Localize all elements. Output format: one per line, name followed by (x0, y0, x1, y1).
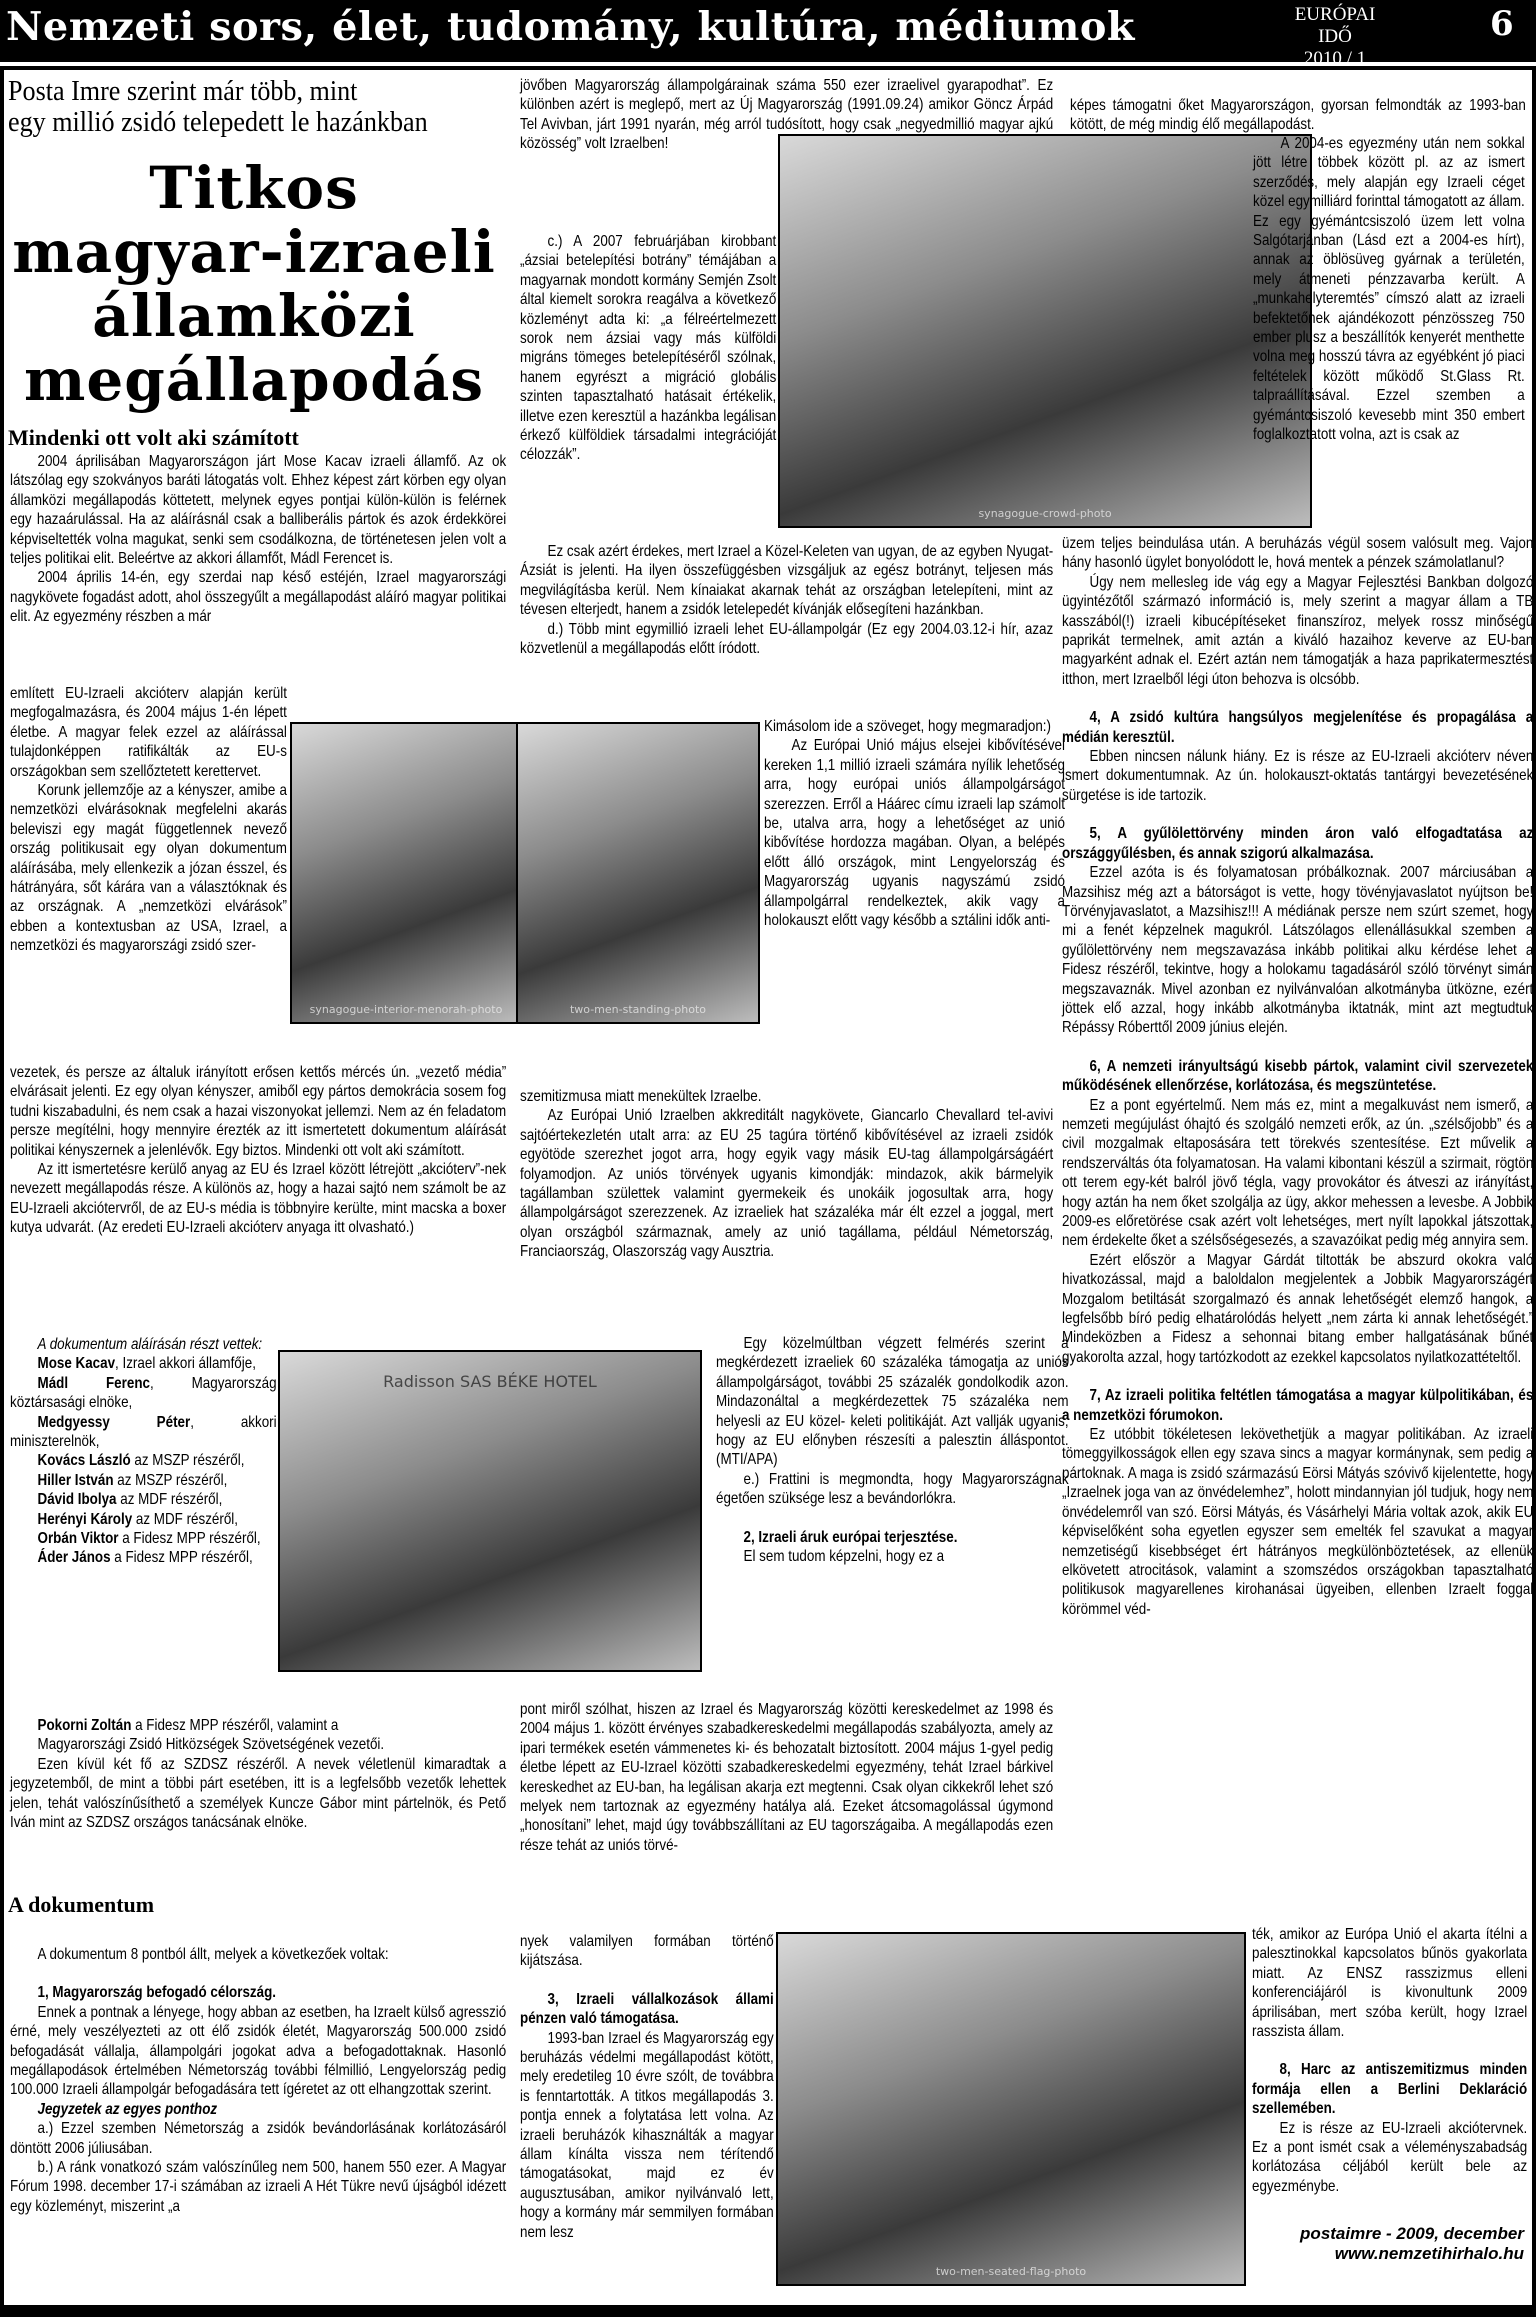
paragraph: d.) Több mint egymillió izraeli lehet EU… (520, 620, 1053, 659)
paragraph: pont miről szólhat, hiszen az Izrael és … (520, 1700, 1053, 1855)
paragraph: üzem teljes beindulása után. A beruházás… (1062, 534, 1533, 573)
col3-wide-b: üzem teljes beindulása után. A beruházás… (1062, 534, 1533, 1619)
photo-sign-text: Radisson SAS BÉKE HOTEL (280, 1372, 700, 1391)
website-link[interactable]: www.nemzetihirhalo.hu (1300, 2244, 1524, 2264)
paragraph: c.) A 2007 februárjában kirobbant „ázsia… (520, 232, 776, 465)
col2-narrow-d: nyek valamilyen formában történő kijátsz… (520, 1932, 774, 2242)
signers-tail: Magyarországi Zsidó Hitközségek Szövetsé… (10, 1735, 506, 1754)
paragraph: Kimásolom ide a szöveget, hogy megmaradj… (764, 717, 1065, 736)
kicker-line: egy millió zsidó telepedett le hazánkban (8, 107, 428, 138)
paragraph: Az Európai Unió Izraelben akkreditált na… (520, 1106, 1053, 1261)
signer-role: , Izrael akkori államfője, (115, 1355, 256, 1372)
signer-role: az MSZP részéről, (131, 1452, 245, 1469)
col2-narrow-b: Kimásolom ide a szöveget, hogy megmaradj… (764, 717, 1065, 930)
paragraph: Ebben nincsen nálunk hiány. Ez is része … (1062, 747, 1533, 805)
point-title: 1, Magyarország befogadó célország. (10, 1983, 506, 2002)
point-title: 7, Az izraeli politika feltétlen támogat… (1062, 1386, 1533, 1425)
signers-intro: A dokumentum aláírásán részt vettek: (10, 1335, 277, 1354)
point-title: 6, A nemzeti irányultságú kisebb pártok,… (1062, 1057, 1533, 1096)
paragraph: El sem tudom képzelni, hogy ez a (716, 1547, 1069, 1566)
point-title: 2, Izraeli áruk európai terjesztése. (716, 1528, 1069, 1547)
publication-name: EURÓPAI IDŐ (1280, 4, 1390, 48)
photo-alt: two-men-seated-flag-photo (778, 2265, 1244, 2278)
paragraph: Ez a pont egyértelmű. Nem más ez, mint a… (1062, 1096, 1533, 1251)
paragraph: Az Európai Unió május elsejei kibővítésé… (764, 736, 1065, 930)
photo-alt: synagogue-interior-menorah-photo (292, 1003, 520, 1016)
col1-intro: 2004 áprilisában Magyarországon járt Mos… (10, 452, 506, 627)
paragraph: Úgy nem mellesleg ide vág egy a Magyar F… (1062, 573, 1533, 689)
col1-narrow-a: említett EU-Izraeli akcióterv alapján ke… (10, 684, 287, 956)
photo-alt: synagogue-crowd-photo (780, 507, 1310, 520)
paragraph: nyek valamilyen formában történő kijátsz… (520, 1932, 774, 1971)
signer-role: az MSZP részéről, (114, 1472, 228, 1489)
paragraph: képes támogatni őket Magyarországon, gyo… (1070, 96, 1526, 135)
section-heading-document: A dokumentum (8, 1892, 154, 1918)
paragraph: vezetek, és persze az általuk irányított… (10, 1063, 506, 1160)
paragraph: a.) Ezzel szemben Németország a zsidók b… (10, 2119, 506, 2158)
subhead: Mindenki ott volt aki számított (8, 425, 299, 451)
crowd-photo: synagogue-crowd-photo (778, 134, 1312, 528)
signer-name: Hiller István (38, 1472, 114, 1489)
signer-name: Mose Kacav (38, 1355, 116, 1372)
headline: Titkos magyar-izraeli államközi megállap… (8, 156, 500, 412)
signer-role: az MDF részéről, (132, 1511, 238, 1528)
signer-name: Áder János (38, 1549, 111, 1566)
point-title: 8, Harc az antiszemitizmus minden formáj… (1252, 2060, 1527, 2118)
paragraph: Ezért először a Magyar Gárdát tiltották … (1062, 1251, 1533, 1367)
paragraph: 2004 áprilisában Magyarországon járt Mos… (10, 452, 506, 568)
photo-alt: two-men-standing-photo (518, 1003, 758, 1016)
paragraph: 2004 április 14-én, egy szerdai nap késő… (10, 568, 506, 626)
headline-line: Titkos (8, 156, 500, 220)
paragraph: Egy közelmúltban végzett felmérés szerin… (716, 1334, 1069, 1470)
paragraph: A dokumentum 8 pontból állt, melyek a kö… (10, 1945, 506, 1964)
paragraph: Ezen kívül két fő az SZDSZ részéről. A n… (10, 1755, 506, 1833)
paragraph: szemitizmusa miatt menekültek Izraelbe. (520, 1087, 1053, 1106)
col2-wide-c: szemitizmusa miatt menekültek Izraelbe. … (520, 1087, 1053, 1262)
signer-name: Orbán Viktor (38, 1530, 119, 1547)
paragraph: Ennek a pontnak a lényege, hogy abban az… (10, 2003, 506, 2100)
paragraph: Ez is része az EU-Izraeli akciótervnek. … (1252, 2119, 1527, 2197)
signer-name: Kovács László (38, 1452, 131, 1469)
point-title: 3, Izraeli vállalkozások állami pénzen v… (520, 1990, 774, 2029)
publication-info: EURÓPAI IDŐ 2010 / 1 (1280, 4, 1390, 70)
headline-line: megállapodás (8, 348, 500, 412)
kicker-line: Posta Imre szerint már több, mint (8, 76, 428, 107)
signer-role: az MDF részéről, (117, 1491, 223, 1508)
paragraph: Ez utóbbit tökéletesen lekövethetjük a m… (1062, 1425, 1533, 1619)
page-number: 6 (1490, 4, 1514, 44)
two-men-photo: two-men-standing-photo (516, 722, 760, 1024)
signer-role: a Fidesz MPP részéről, (111, 1549, 253, 1566)
paragraph: Ezzel azóta is és folyamatosan próbálkoz… (1062, 863, 1533, 1038)
signer-role: a Fidesz MPP részéről, valamint a (131, 1717, 338, 1734)
col1-wide-c: Pokorni Zoltán a Fidesz MPP részéről, va… (10, 1716, 506, 1832)
signer-name: Pokorni Zoltán (38, 1717, 132, 1734)
author-signature: postaimre - 2009, december (1300, 2224, 1524, 2244)
masthead: Nemzeti sors, élet, tudomány, kultúra, m… (0, 0, 1536, 62)
paragraph: Ez csak azért érdekes, mert Izrael a Köz… (520, 542, 1053, 620)
paragraph: említett EU-Izraeli akcióterv alapján ke… (10, 684, 287, 781)
signer-name: Medgyessy Péter (38, 1414, 191, 1431)
col3-narrow-a: A 2004-es egyezmény után nem sokkal jött… (1253, 134, 1525, 445)
col2-narrow-c: Egy közelmúltban végzett felmérés szerin… (716, 1334, 1069, 1566)
point-title: 4, A zsidó kultúra hangsúlyos megjelenít… (1062, 708, 1533, 747)
radisson-meeting-photo: Radisson SAS BÉKE HOTEL (278, 1350, 702, 1672)
paragraph: Korunk jellemzője az a kényszer, amibe a… (10, 781, 287, 956)
col2-note-c: c.) A 2007 februárjában kirobbant „ázsia… (520, 232, 776, 465)
paragraph: Az itt ismertetésre kerülő anyag az EU é… (10, 1160, 506, 1238)
bottom-bar (0, 2307, 1536, 2317)
byline: postaimre - 2009, december www.nemzetihi… (1300, 2224, 1524, 2264)
section-title: Nemzeti sors, élet, tudomány, kultúra, m… (6, 4, 1135, 50)
signer-name: Herényi Károly (38, 1511, 133, 1528)
paragraph: ték, amikor az Európa Unió el akarta íté… (1252, 1925, 1527, 2041)
menorah-photo: synagogue-interior-menorah-photo (290, 722, 522, 1024)
signer-role: a Fidesz MPP részéről, (119, 1530, 261, 1547)
col1-wide-b: vezetek, és persze az általuk irányított… (10, 1063, 506, 1238)
col2-mid: Ez csak azért érdekes, mert Izrael a Köz… (520, 542, 1053, 658)
paragraph: b.) A ránk vonatkozó szám valószínűleg n… (10, 2158, 506, 2216)
headline-line: államközi (8, 284, 500, 348)
paragraph: A 2004-es egyezmény után nem sokkal jött… (1253, 134, 1525, 445)
col1-document: A dokumentum 8 pontból állt, melyek a kö… (10, 1945, 506, 2216)
notes-title: Jegyzetek az egyes ponthoz (10, 2100, 506, 2119)
col3-top: képes támogatni őket Magyarországon, gyo… (1070, 96, 1526, 135)
signer-name: Dávid Ibolya (38, 1491, 117, 1508)
point-title: 5, A gyűlölettörvény minden áron való el… (1062, 824, 1533, 863)
col3-narrow-c: ték, amikor az Európa Unió el akarta íté… (1252, 1925, 1527, 2196)
signers-list: A dokumentum aláírásán részt vettek: Mos… (10, 1335, 277, 1568)
paragraph: 1993-ban Izrael és Magyarország egy beru… (520, 2029, 774, 2242)
paragraph: e.) Frattini is megmondta, hogy Magyaror… (716, 1470, 1069, 1509)
meeting-photo: two-men-seated-flag-photo (776, 1932, 1246, 2286)
headline-line: magyar-izraeli (8, 220, 500, 284)
signer-name: Mádl Ferenc (38, 1375, 150, 1392)
col2-wide-d: pont miről szólhat, hiszen az Izrael és … (520, 1700, 1053, 1855)
kicker: Posta Imre szerint már több, mint egy mi… (8, 76, 428, 138)
